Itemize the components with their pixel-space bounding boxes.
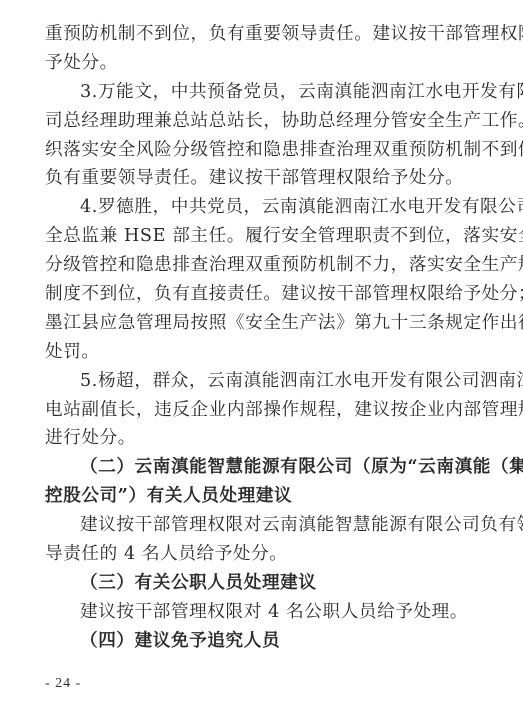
text-line: 进行处分。 — [45, 424, 485, 453]
text-line: 全总监兼 HSE 部主任。履行安全管理职责不到位，落实安全风险 — [45, 222, 485, 251]
text-line: 分级管控和隐患排查治理双重预防机制不力，落实安全生产规章 — [45, 251, 485, 280]
section-heading-2: （二）云南滇能智慧能源有限公司（原为“云南滇能（集团） — [45, 453, 485, 482]
page-number: - 24 - — [45, 676, 81, 692]
document-page: 重预防机制不到位，负有重要领导责任。建议按干部管理权限给 予处分。 3.万能文，… — [45, 20, 485, 656]
text-line: 导责任的 4 名人员给予处分。 — [45, 540, 485, 569]
text-line: 重预防机制不到位，负有重要领导责任。建议按干部管理权限给 — [45, 20, 485, 49]
list-item-3-start: 3.万能文，中共预备党员，云南滇能泗南江水电开发有限公 — [45, 78, 485, 107]
text-line: 负有重要领导责任。建议按干部管理权限给予处分。 — [45, 164, 485, 193]
text-line: 墨江县应急管理局按照《安全生产法》第九十三条规定作出行政 — [45, 309, 485, 338]
section-heading-3: （三）有关公职人员处理建议 — [45, 569, 485, 598]
section-heading-4: （四）建议免予追究人员 — [45, 627, 485, 656]
text-line: 司总经理助理兼总站总站长，协助总经理分管安全生产工作。组 — [45, 107, 485, 136]
section-heading-2-cont: 控股公司”）有关人员处理建议 — [45, 482, 485, 511]
text-line: 建议按干部管理权限对云南滇能智慧能源有限公司负有领 — [45, 511, 485, 540]
text-line: 建议按干部管理权限对 4 名公职人员给予处理。 — [45, 598, 485, 627]
text-line: 处罚。 — [45, 338, 485, 367]
text-line: 电站副值长，违反企业内部操作规程，建议按企业内部管理规定 — [45, 396, 485, 425]
list-item-4-start: 4.罗德胜，中共党员，云南滇能泗南江水电开发有限公司安 — [45, 193, 485, 222]
text-line: 制度不到位，负有直接责任。建议按干部管理权限给予处分；由 — [45, 280, 485, 309]
list-item-5-start: 5.杨超，群众，云南滇能泗南江水电开发有限公司泗南江水 — [45, 367, 485, 396]
text-line: 予处分。 — [45, 49, 485, 78]
text-line: 织落实安全风险分级管控和隐患排查治理双重预防机制不到位， — [45, 136, 485, 165]
